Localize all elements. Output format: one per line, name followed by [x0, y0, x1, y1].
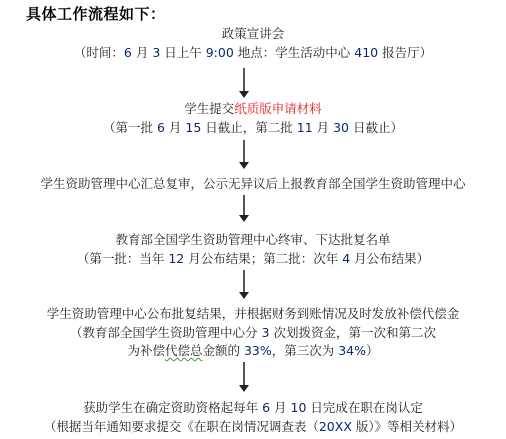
step-2-detail: （第一批 6 月 15 日截止，第二批 11 月 30 日截止）	[0, 120, 506, 136]
step-6-detail: （根据当年通知要求提交《在职在岗情况调查表（20XX 版）》等相关材料）	[0, 419, 506, 435]
step-5-detail-line-1: （教育部全国学生资助管理中心分 3 次划拨资金，第一次和第二次	[0, 325, 506, 341]
step-2-heading: 学生提交纸质版申请材料	[0, 101, 506, 117]
step-3-heading: 学生资助管理中心汇总复审，公示无异议后上报教育部全国学生资助管理中心	[0, 176, 506, 192]
arrow-down-icon	[239, 270, 249, 300]
step-4-heading: 教育部全国学生资助管理中心终审、下达批复名单	[0, 232, 506, 248]
step-1-heading: 政策宣讲会	[0, 26, 506, 42]
highlight-text: 纸质版申请材料	[234, 101, 322, 116]
step-5-heading: 学生资助管理中心公布批复结果，并根据财务到账情况及时发放补偿代偿金	[0, 306, 506, 322]
arrow-down-icon	[239, 362, 249, 392]
arrow-down-icon	[239, 68, 249, 98]
step-4-detail: （第一批：当年 12 月公布结果；第二批：次年 4 月公布结果）	[0, 251, 506, 267]
step-6-heading: 获助学生在确定资助资格起每年 6 月 10 日完成在职在岗认定	[0, 400, 506, 416]
step-5-detail-line-2: 为补偿代偿总金额的 33%，第三次为 34%）	[0, 343, 506, 359]
arrow-down-icon	[239, 195, 249, 225]
page-title: 具体工作流程如下：	[26, 3, 166, 24]
step-1-detail: （时间：6 月 3 日上午 9:00 地点：学生活动中心 410 报告厅）	[0, 45, 506, 61]
spellcheck-underline: 代偿总	[165, 343, 203, 358]
arrow-down-icon	[239, 140, 249, 170]
